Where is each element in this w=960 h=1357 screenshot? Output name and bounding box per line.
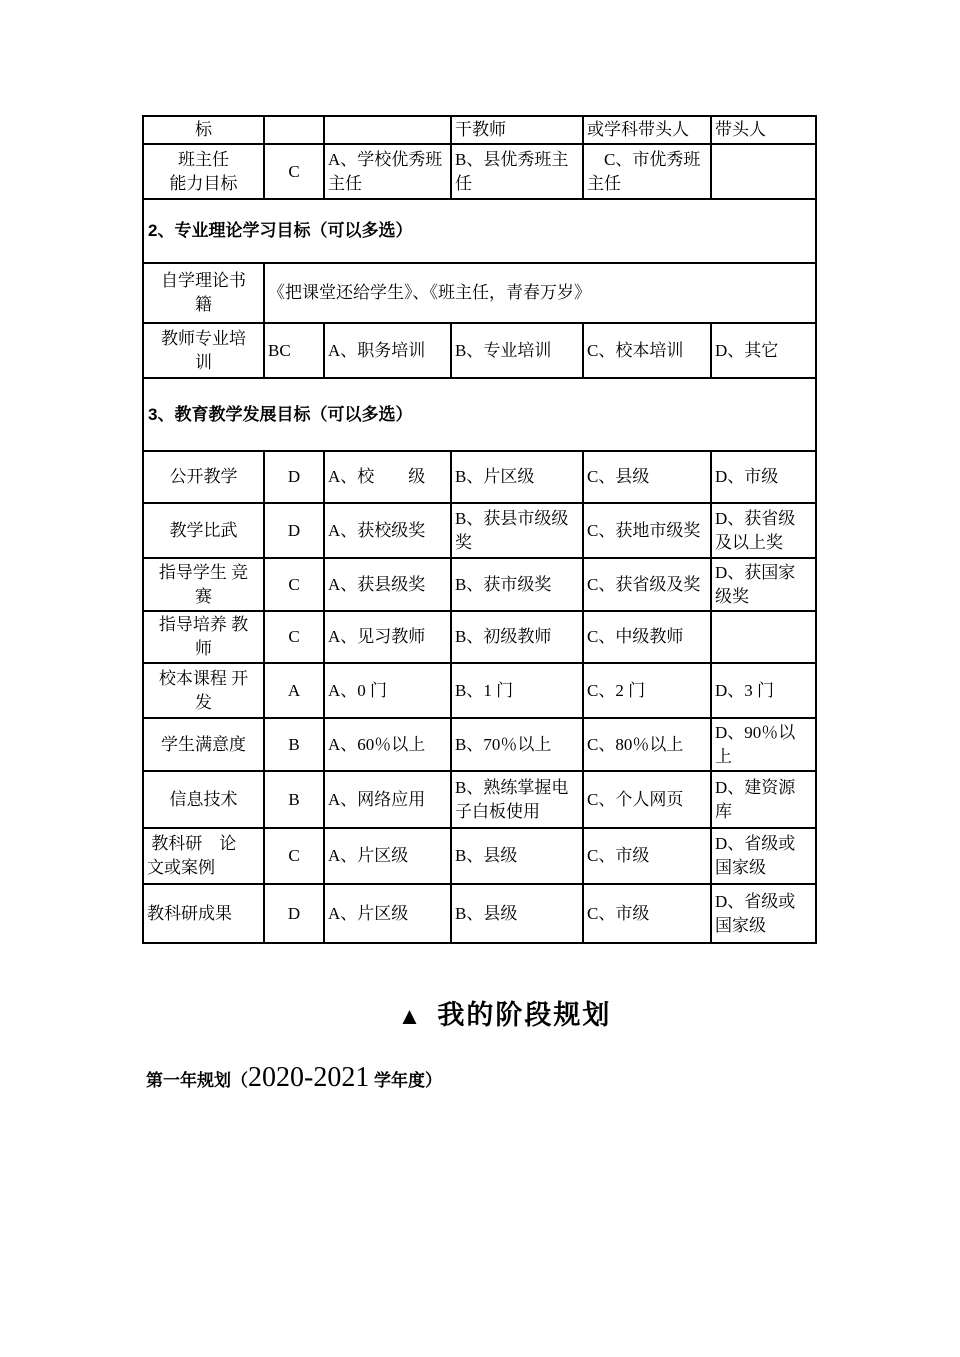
table-cell: 指导学生 竞 赛 (143, 558, 264, 611)
table-cell: D、省级或 国家级 (711, 884, 816, 943)
table-row-professional-training: 教师专业培 训 BC A、职务培训 B、专业培训 C、校本培训 D、其它 (143, 323, 816, 378)
table-cell: A、片区级 (324, 884, 451, 943)
table-row-information-technology: 信息技术 B A、网络应用 B、熟练掌握电 子白板使用 C、个人网页 D、建资源… (143, 771, 816, 828)
table-cell: D、其它 (711, 323, 816, 378)
table-cell: C、80％以上 (583, 718, 711, 771)
table-cell: A (264, 663, 324, 718)
table-cell: B、70％以上 (451, 718, 583, 771)
table-cell: D (264, 451, 324, 503)
table-cell: 《把课堂还给学生》、《班主任，青春万岁》 (264, 263, 816, 323)
table-cell: A、网络应用 (324, 771, 451, 828)
table-row-student-contest-guidance: 指导学生 竞 赛 C A、获县级奖 B、获市级奖 C、获省级及奖 D、获国家 级… (143, 558, 816, 611)
table-cell: 教学比武 (143, 503, 264, 558)
table-cell: C、获省级及奖 (583, 558, 711, 611)
table-cell: B、县级 (451, 828, 583, 884)
table-cell: 教科研 论 文或案例 (143, 828, 264, 884)
table-cell: C、中级教师 (583, 611, 711, 663)
table-cell: B、获县市级级 奖 (451, 503, 583, 558)
table-row-teaching-competition: 教学比武 D A、获校级奖 B、获县市级级 奖 C、获地市级奖 D、获省级 及以… (143, 503, 816, 558)
table-cell: C、个人网页 (583, 771, 711, 828)
first-year-plan-heading: 第一年规划（2020-2021 学年度） (146, 1062, 442, 1094)
table-cell: C、市优秀班 主任 (583, 144, 711, 199)
table-row-section-2: 2、专业理论学习目标（可以多选） (143, 199, 816, 263)
table-cell: A、见习教师 (324, 611, 451, 663)
table-cell: 干教师 (451, 116, 583, 144)
section-header: 3、教育教学发展目标（可以多选） (143, 378, 816, 451)
table-row-teacher-mentoring: 指导培养 教 师 C A、见习教师 B、初级教师 C、中级教师 (143, 611, 816, 663)
school-year-range: 2020-2021 (248, 1062, 369, 1093)
table-cell: 或学科带头人 (583, 116, 711, 144)
table-cell: C、校本培训 (583, 323, 711, 378)
table-cell: 带头人 (711, 116, 816, 144)
table-cell: B、熟练掌握电 子白板使用 (451, 771, 583, 828)
table-cell: A、片区级 (324, 828, 451, 884)
table-row-school-curriculum: 校本课程 开 发 A A、0 门 B、1 门 C、2 门 D、3 门 (143, 663, 816, 718)
table-cell: A、0 门 (324, 663, 451, 718)
table-cell (711, 611, 816, 663)
table-cell: 班主任 能力目标 (143, 144, 264, 199)
table-cell: C、县级 (583, 451, 711, 503)
table-cell: A、60％以上 (324, 718, 451, 771)
table-cell: 标 (143, 116, 264, 144)
table-cell: BC (264, 323, 324, 378)
table-cell: B、获市级奖 (451, 558, 583, 611)
table-cell: 指导培养 教 师 (143, 611, 264, 663)
table-cell: 自学理论书 籍 (143, 263, 264, 323)
table-cell: 公开教学 (143, 451, 264, 503)
stage-plan-title: 我的阶段规划 (437, 1000, 611, 1030)
table-cell: A、职务培训 (324, 323, 451, 378)
table-cell: B、县优秀班主 任 (451, 144, 583, 199)
table-cell: A、校 级 (324, 451, 451, 503)
section-header: 2、专业理论学习目标（可以多选） (143, 199, 816, 263)
table-row-open-teaching: 公开教学 D A、校 级 B、片区级 C、县级 D、市级 (143, 451, 816, 503)
table-cell (324, 116, 451, 144)
table-cell: B (264, 771, 324, 828)
table-row-research-papers: 教科研 论 文或案例 C A、片区级 B、县级 C、市级 D、省级或 国家级 (143, 828, 816, 884)
table-cell: C (264, 828, 324, 884)
table-cell: 校本课程 开 发 (143, 663, 264, 718)
table-cell: A、获校级奖 (324, 503, 451, 558)
table-cell: C (264, 558, 324, 611)
first-year-plan-label: 第一年规划（ (146, 1071, 248, 1090)
table-cell: A、获县级奖 (324, 558, 451, 611)
document-page: 标 干教师 或学科带头人 带头人 班主任 能力目标 C A、学校优秀班 主任 B… (0, 0, 960, 1357)
table-cell: B、初级教师 (451, 611, 583, 663)
table-cell: B、专业培训 (451, 323, 583, 378)
table-cell: D (264, 884, 324, 943)
table-row-class-teacher-goal: 班主任 能力目标 C A、学校优秀班 主任 B、县优秀班主 任 C、市优秀班 主… (143, 144, 816, 199)
school-year-suffix: 学年度） (369, 1071, 442, 1090)
table-cell: B、县级 (451, 884, 583, 943)
table-cell: B、1 门 (451, 663, 583, 718)
table-cell: C、市级 (583, 884, 711, 943)
table-cell: D、省级或 国家级 (711, 828, 816, 884)
table-cell: C、获地市级奖 (583, 503, 711, 558)
table-cell: C、市级 (583, 828, 711, 884)
table-cell: 教科研成果 (143, 884, 264, 943)
table-cell: D、3 门 (711, 663, 816, 718)
table-cell: C (264, 611, 324, 663)
table-row-research-achievements: 教科研成果 D A、片区级 B、县级 C、市级 D、省级或 国家级 (143, 884, 816, 943)
table-cell: B (264, 718, 324, 771)
table-cell: D、90％以 上 (711, 718, 816, 771)
table-cell: B、片区级 (451, 451, 583, 503)
table-row-section-3: 3、教育教学发展目标（可以多选） (143, 378, 816, 451)
table-cell: 教师专业培 训 (143, 323, 264, 378)
stage-plan-heading: ▲我的阶段规划 (168, 993, 841, 1032)
table-cell: D、获省级 及以上奖 (711, 503, 816, 558)
table-cell: 学生满意度 (143, 718, 264, 771)
table-cell: D、市级 (711, 451, 816, 503)
table-cell (264, 116, 324, 144)
table-cell: A、学校优秀班 主任 (324, 144, 451, 199)
table-row-student-satisfaction: 学生满意度 B A、60％以上 B、70％以上 C、80％以上 D、90％以 上 (143, 718, 816, 771)
teacher-goals-table: 标 干教师 或学科带头人 带头人 班主任 能力目标 C A、学校优秀班 主任 B… (142, 115, 817, 944)
table-cell: D、建资源 库 (711, 771, 816, 828)
table-cell: C (264, 144, 324, 199)
table-row-self-study-books: 自学理论书 籍 《把课堂还给学生》、《班主任，青春万岁》 (143, 263, 816, 323)
table-cell: C、2 门 (583, 663, 711, 718)
table-cell: 信息技术 (143, 771, 264, 828)
triangle-icon: ▲ (398, 1003, 422, 1030)
table-cell: D、获国家 级奖 (711, 558, 816, 611)
table-row-continued-header: 标 干教师 或学科带头人 带头人 (143, 116, 816, 144)
table-cell: D (264, 503, 324, 558)
table-cell (711, 144, 816, 199)
